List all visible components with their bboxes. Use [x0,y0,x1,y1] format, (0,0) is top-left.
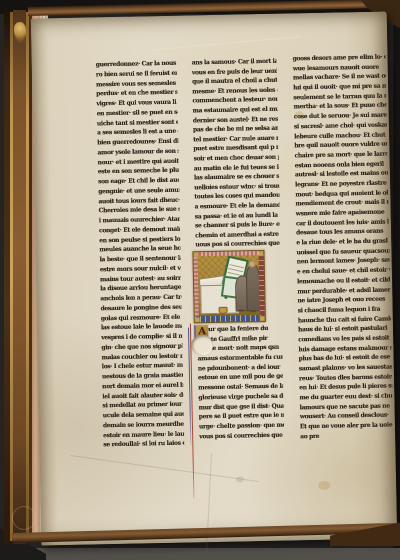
text-column-3: gooss desors ame pre elim lo· dwue lesam… [293,53,394,442]
gold-fleuron-ornament-icon [13,22,26,40]
text-column-1: guerredonnez· Car la nous vouro bien ser… [96,59,185,451]
frame-corner [195,317,200,322]
miniature-frame-bottom [195,315,265,322]
manuscript-text-line: ao pre [300,430,393,442]
parchment-crease [71,455,259,482]
parchment-crease [152,36,301,50]
manuscript-text-line: se redoullai· si loi ru laios estre [103,439,184,450]
faint-ring-mark [12,506,36,530]
miniature-frame-right [258,251,264,321]
figure-foot [239,309,244,311]
parchment-stain [318,481,330,490]
gold-vessel [219,307,228,314]
manuscript-page: guerredonnez· Car la nous vouro bien ser… [31,11,398,545]
parchment-stain [236,476,244,482]
manuscript-text-line: uous pos si courrechies que bon [195,239,280,250]
spine-leather-band [13,10,26,544]
frame-corner [260,316,265,321]
figure-foot [251,310,256,312]
frame-corner [258,251,263,256]
text-column-2-lower: A u iour que la feniere dumonte Gauffri … [197,324,284,442]
figure-head [249,261,256,268]
manuscript-text-line: Et que ne voue aler pre la uoie [300,421,393,433]
parchment-crease [206,453,212,553]
frame-corner [193,252,198,257]
text-column-2-upper: ans la samous· Car il mort iavous en fre… [192,57,281,251]
miniature-burial-scene [192,250,265,323]
manuscript-text-line: vous pos si courrechies que bon [199,430,284,441]
parchment-hole [191,335,212,355]
backdrop-bottom [0,548,400,560]
